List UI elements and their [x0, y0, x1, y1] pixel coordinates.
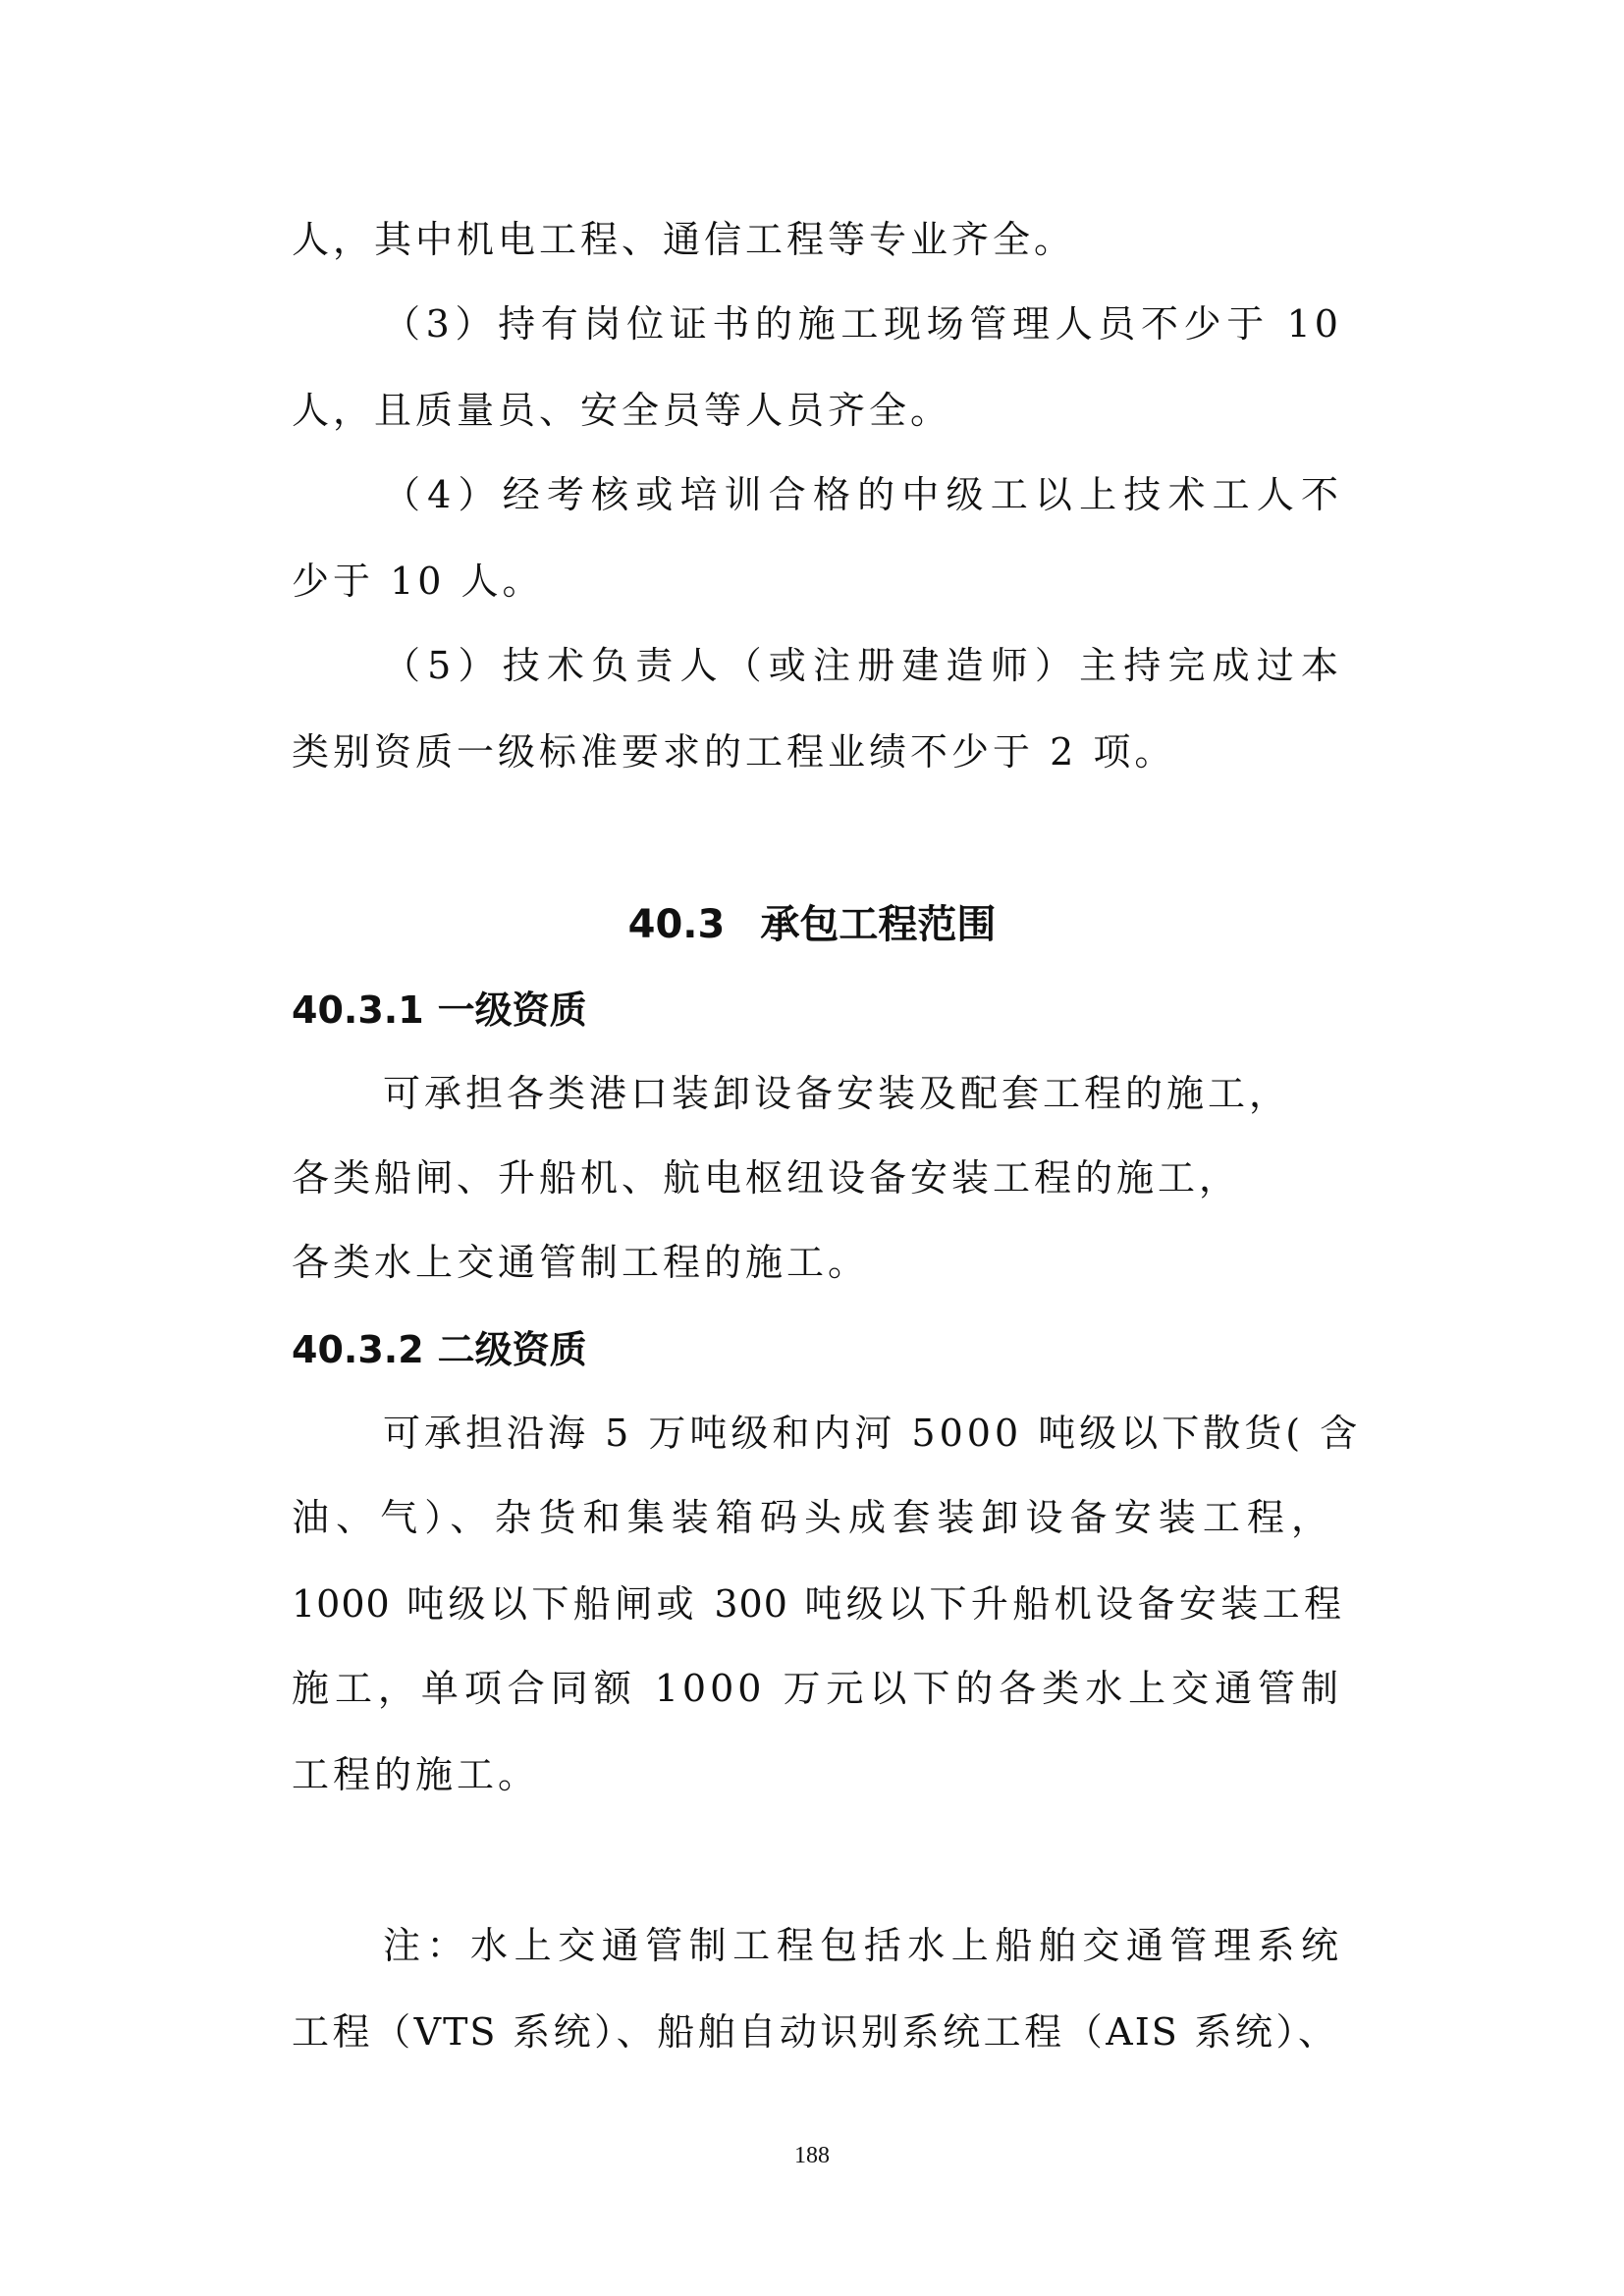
body-line: 各类水上交通管制工程的施工。	[292, 1241, 1342, 1284]
body-line: 可承担沿海 5 万吨级和内河 5000 吨级以下散货( 含	[383, 1412, 1342, 1455]
body-line: 人，其中机电工程、通信工程等专业齐全。	[292, 218, 1342, 261]
body-line: 1000 吨级以下船闸或 300 吨级以下升船机设备安装工程	[292, 1582, 1342, 1626]
body-line: 工程的施工。	[292, 1753, 1342, 1796]
document-page: 人，其中机电工程、通信工程等专业齐全。 （3）持有岗位证书的施工现场管理人员不少…	[0, 0, 1624, 2296]
subsection-heading-1: 40.3.1一级资质	[292, 988, 587, 1033]
subsection-title: 一级资质	[438, 988, 587, 1032]
subsection-title: 二级资质	[438, 1328, 587, 1371]
body-line: （5）技术负责人（或注册建造师）主持完成过本	[383, 644, 1342, 687]
section-title: 承包工程范围	[760, 902, 996, 947]
body-line: 各类船闸、升船机、航电枢纽设备安装工程的施工，	[292, 1156, 1342, 1200]
subsection-number: 40.3.2	[292, 1328, 424, 1371]
subsection-number: 40.3.1	[292, 988, 424, 1032]
body-line: 施工，单项合同额 1000 万元以下的各类水上交通管制	[292, 1667, 1342, 1710]
page-number: 188	[0, 2143, 1624, 2169]
section-number: 40.3	[628, 902, 726, 947]
body-line: 类别资质一级标准要求的工程业绩不少于 2 项。	[292, 730, 1342, 774]
body-line: （4）经考核或培训合格的中级工以上技术工人不	[383, 473, 1342, 516]
section-heading: 40.3承包工程范围	[0, 901, 1624, 948]
body-line: 油、气）、杂货和集装箱码头成套装卸设备安装工程，	[292, 1496, 1332, 1539]
note-line: 工程（VTS 系统）、船舶自动识别系统工程（AIS 系统）、	[292, 2010, 1337, 2054]
body-line: 少于 10 人。	[292, 560, 1342, 603]
note-line: 注：水上交通管制工程包括水上船舶交通管理系统	[383, 1924, 1342, 1967]
body-line: （3）持有岗位证书的施工现场管理人员不少于 10	[383, 302, 1342, 346]
body-line: 可承担各类港口装卸设备安装及配套工程的施工，	[383, 1072, 1434, 1115]
subsection-heading-2: 40.3.2二级资质	[292, 1327, 587, 1372]
body-line: 人，且质量员、安全员等人员齐全。	[292, 389, 1342, 432]
